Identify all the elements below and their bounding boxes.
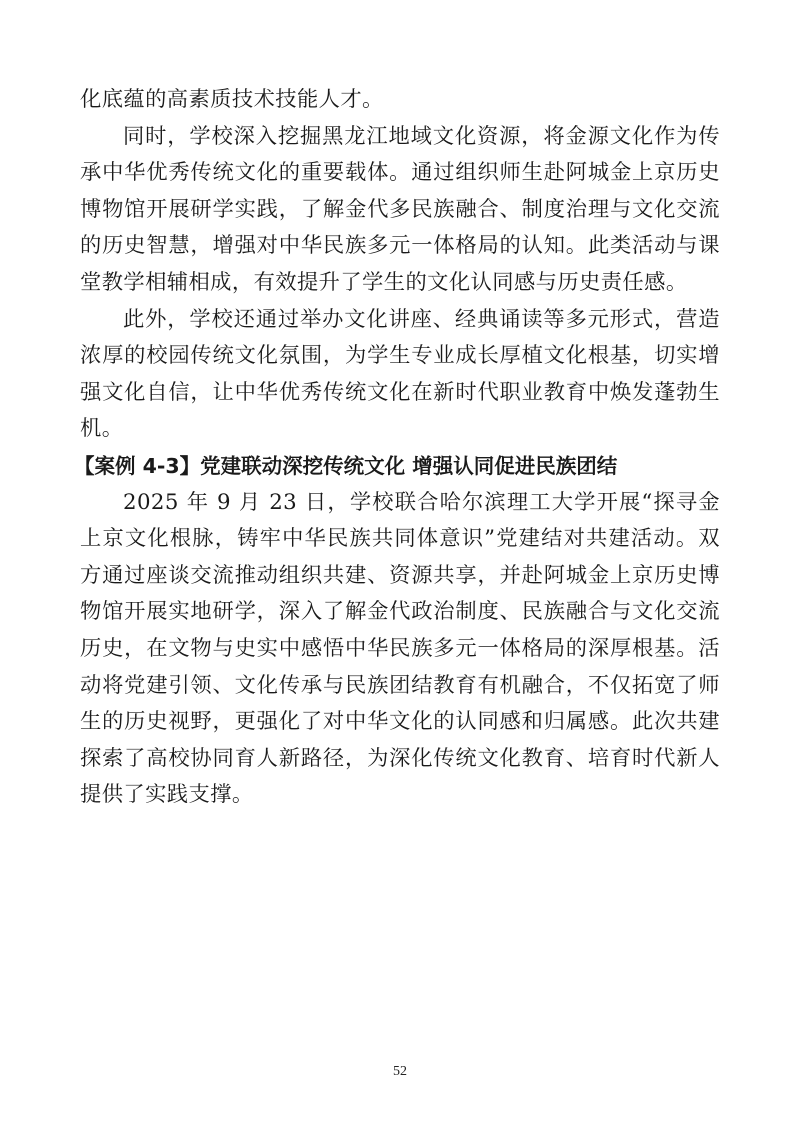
document-page: 化底蕴的高素质技术技能人才。 同时，学校深入挖掘黑龙江地域文化资源，将金源文化作…: [80, 82, 720, 814]
case-paragraph: 2025 年 9 月 23 日，学校联合哈尔滨理工大学开展“探寻金上京文化根脉，…: [80, 485, 720, 814]
case-heading: 【案例 4-3】党建联动深挖传统文化 增强认同促进民族团结: [74, 448, 720, 485]
paragraph-cultural-activities: 此外，学校还通过举办文化讲座、经典诵读等多元形式，营造浓厚的校园传统文化氛围，为…: [80, 302, 720, 448]
page-number: 52: [0, 1064, 800, 1080]
paragraph-jinyuan-culture: 同时，学校深入挖掘黑龙江地域文化资源，将金源文化作为传承中华优秀传统文化的重要载…: [80, 119, 720, 302]
paragraph-continuation: 化底蕴的高素质技术技能人才。: [80, 82, 720, 119]
